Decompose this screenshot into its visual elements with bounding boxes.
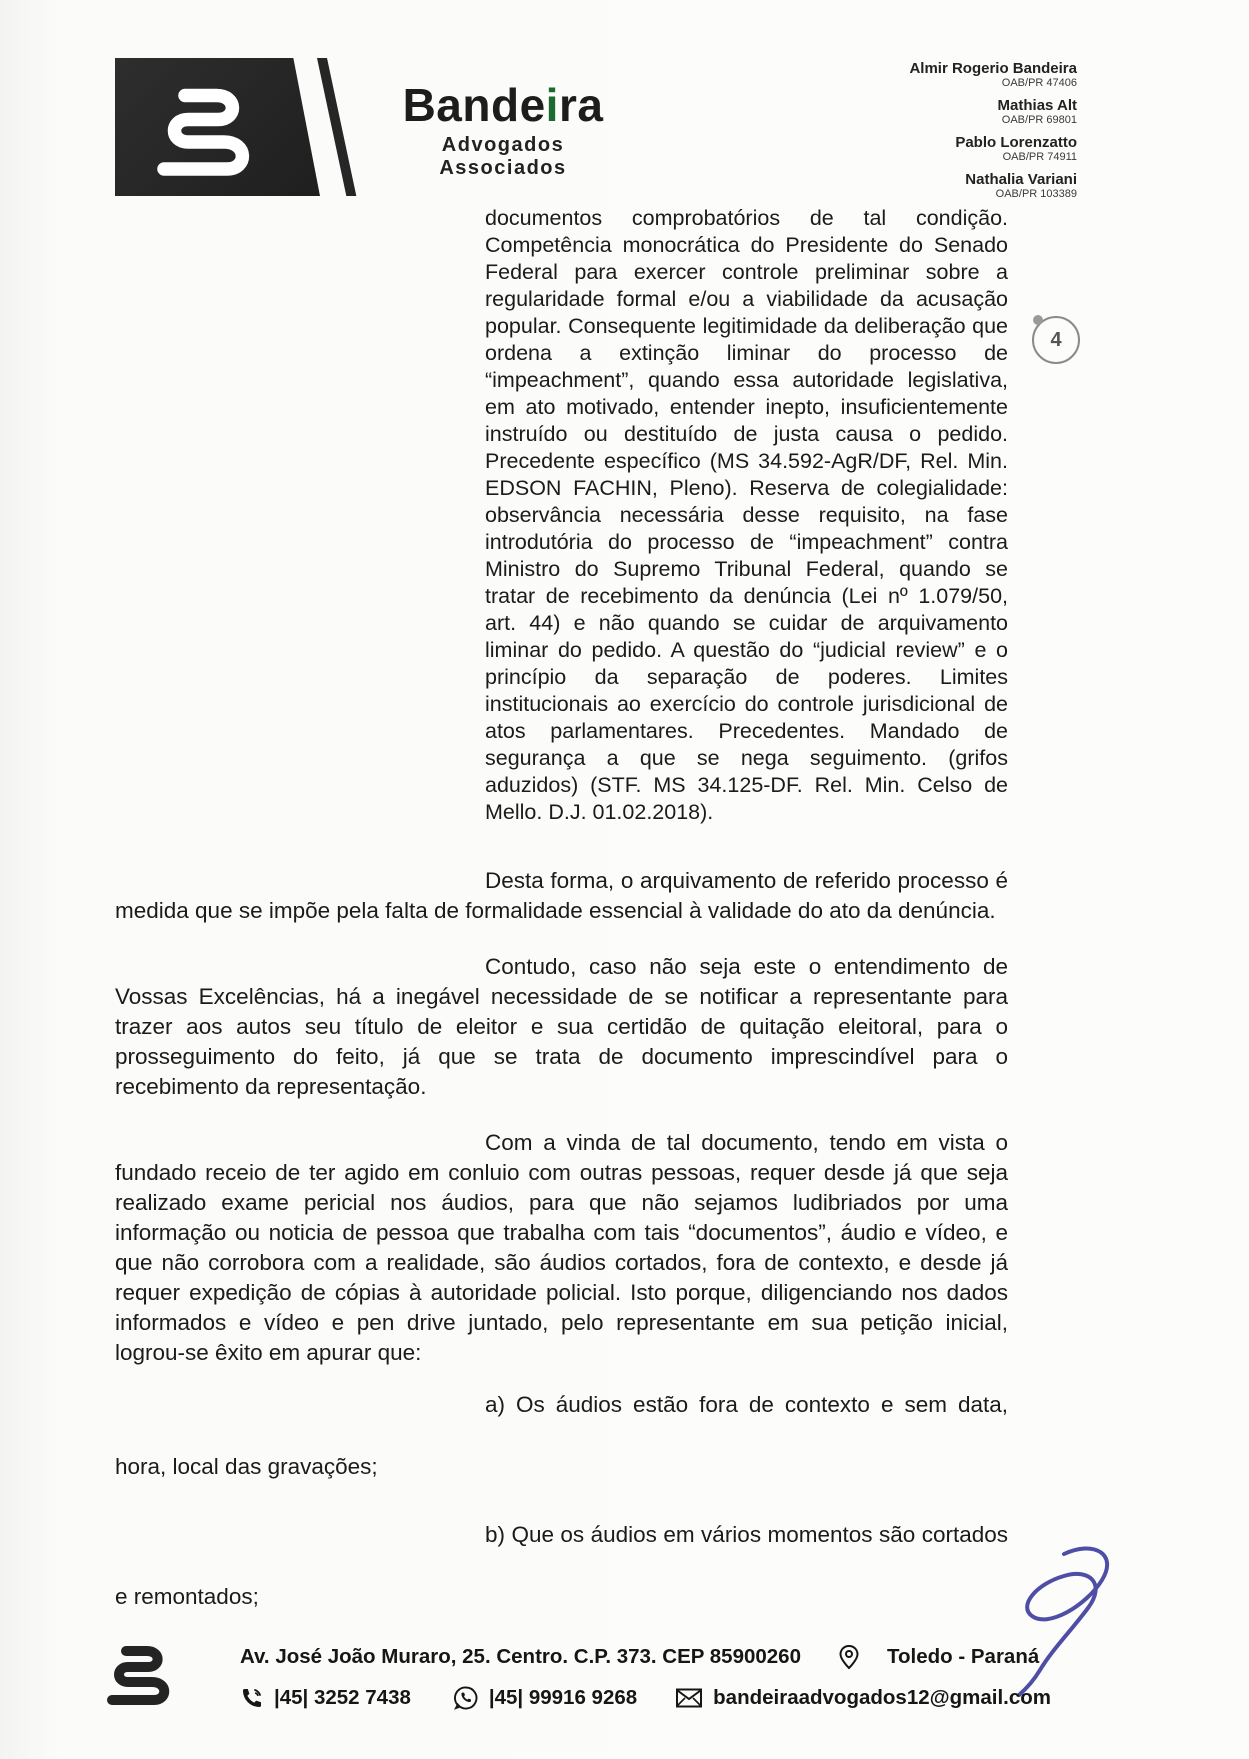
lawyer-oab: OAB/PR 69801	[909, 114, 1077, 127]
location-pin-icon	[837, 1644, 861, 1670]
bandeira-b-logo-icon	[143, 70, 293, 184]
footer-phones-line: |45| 3252 7438 |45| 99916 9268 bandeiraa…	[240, 1685, 1015, 1711]
footer-address: Av. José João Muraro, 25. Centro. C.P. 3…	[240, 1645, 801, 1669]
case-law-quote: documentos comprobatórios de tal condiçã…	[485, 205, 1008, 826]
lawyer-oab: OAB/PR 74911	[909, 151, 1077, 164]
firm-name-green-i: i	[546, 79, 559, 131]
firm-name-part1: Bande	[403, 79, 546, 131]
paragraph-desta-forma: Desta forma, o arquivamento de referido …	[115, 866, 1008, 926]
logo-accent-stripe	[317, 58, 356, 196]
lawyer-entry: Pablo Lorenzatto OAB/PR 74911	[909, 134, 1077, 164]
phone-icon	[240, 1686, 264, 1710]
firm-name: Bandeira	[388, 82, 618, 128]
footer-whatsapp-number: |45| 99916 9268	[489, 1686, 637, 1710]
paragraph-com-a-vinda: Com a vinda de tal documento, tendo em v…	[115, 1128, 1008, 1368]
firm-name-part2: ra	[559, 79, 603, 131]
lawyer-list: Almir Rogerio Bandeira OAB/PR 47406 Math…	[909, 60, 1077, 208]
footer-bandeira-b-logo-icon	[98, 1632, 198, 1712]
lawyer-entry: Nathalia Variani OAB/PR 103389	[909, 171, 1077, 201]
firm-name-block: Bandeira Advogados Associados	[388, 82, 618, 180]
list-item-b: b) Que os áudios em vários momentos são …	[115, 1504, 1008, 1628]
whatsapp-icon	[453, 1685, 479, 1711]
footer-address-line: Av. José João Muraro, 25. Centro. C.P. 3…	[240, 1644, 1015, 1670]
paragraph-contudo: Contudo, caso não seja este o entendimen…	[115, 952, 1008, 1102]
lawyer-oab: OAB/PR 47406	[909, 77, 1077, 90]
footer-email: bandeiraadvogados12@gmail.com	[713, 1686, 1051, 1710]
page-number-stamp: 4	[1032, 316, 1080, 364]
email-envelope-icon	[675, 1687, 703, 1709]
lawyer-oab: OAB/PR 103389	[909, 188, 1077, 201]
firm-subtitle: Advogados Associados	[388, 134, 618, 180]
document-body: documentos comprobatórios de tal condiçã…	[115, 205, 1008, 1628]
lawyer-name: Pablo Lorenzatto	[909, 134, 1077, 151]
lawyer-name: Mathias Alt	[909, 97, 1077, 114]
footer-city: Toledo - Paraná	[887, 1645, 1039, 1669]
lawyer-entry: Mathias Alt OAB/PR 69801	[909, 97, 1077, 127]
lawyer-name: Almir Rogerio Bandeira	[909, 60, 1077, 77]
list-item-a: a) Os áudios estão fora de contexto e se…	[115, 1374, 1008, 1498]
footer-contact-block: Av. José João Muraro, 25. Centro. C.P. 3…	[240, 1644, 1015, 1711]
footer-phone-number: |45| 3252 7438	[274, 1686, 411, 1710]
firm-logo	[115, 58, 350, 196]
lawyer-entry: Almir Rogerio Bandeira OAB/PR 47406	[909, 60, 1077, 90]
lawyer-name: Nathalia Variani	[909, 171, 1077, 188]
